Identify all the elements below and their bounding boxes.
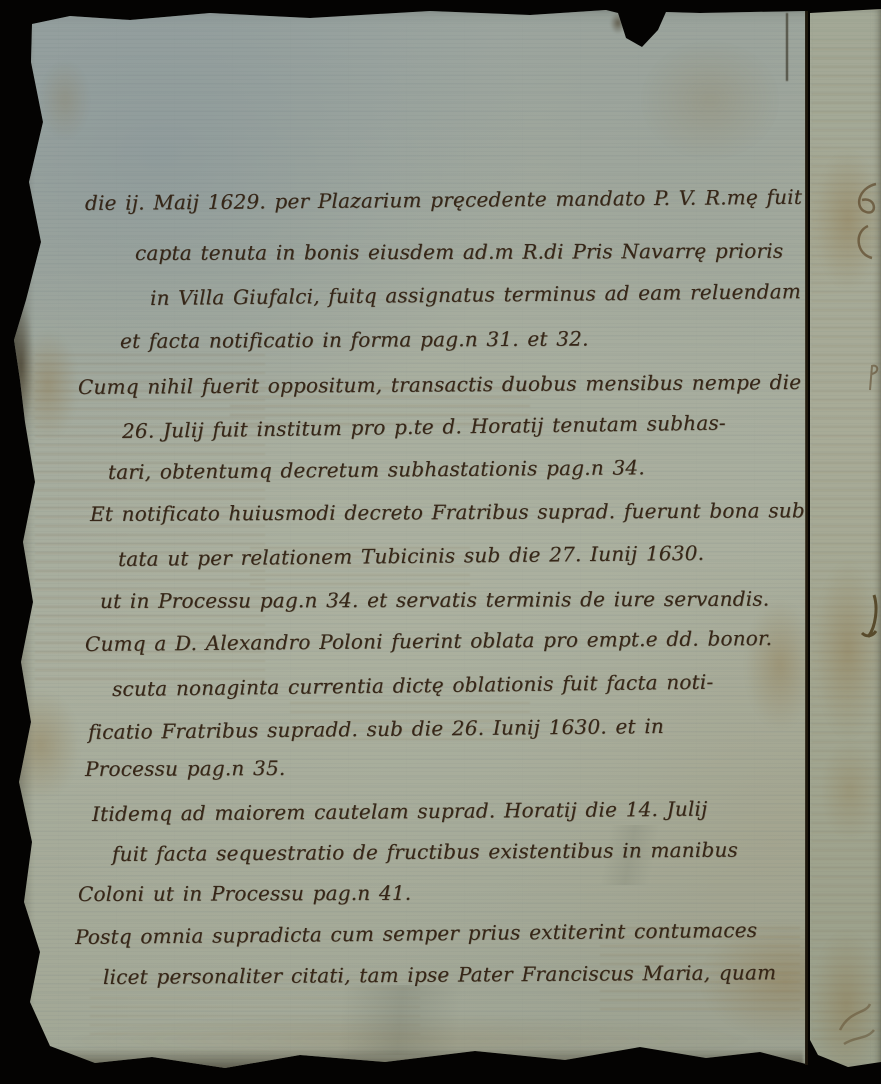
manuscript-text: die ij. Maij 1629. per Plazarium pręcede… xyxy=(0,0,881,1084)
ink-fragment-mark xyxy=(836,1000,878,1050)
text-line-4: et facta notificatio in forma pag.n 31. … xyxy=(120,326,589,354)
text-line-15: Itidemq ad maiorem cautelam suprad. Hora… xyxy=(92,796,708,827)
ink-fragment-mark xyxy=(858,593,880,639)
text-line-9: tata ut per relationem Tubicinis sub die… xyxy=(118,540,704,572)
ink-fragment-mark xyxy=(866,362,880,392)
text-line-18: Postq omnia supradicta cum semper prius … xyxy=(75,917,757,950)
ink-fragment-mark xyxy=(846,178,881,264)
text-line-5: Cumq nihil fuerit oppositum, transactis … xyxy=(78,369,801,400)
text-line-1: die ij. Maij 1629. per Plazarium pręcede… xyxy=(85,184,802,216)
text-line-16: fuit facta sequestratio de fructibus exi… xyxy=(112,837,738,867)
text-line-13: ficatio Fratribus supradd. sub die 26. I… xyxy=(88,713,664,745)
text-line-2: capta tenuta in bonis eiusdem ad.m R.di … xyxy=(135,238,783,266)
text-line-8: Et notificato huiusmodi decreto Fratribu… xyxy=(90,497,848,527)
bleed-through-patch xyxy=(812,40,881,1040)
paper-stain xyxy=(815,150,881,290)
text-line-6: 26. Julij fuit institum pro p.te d. Hora… xyxy=(122,410,726,444)
text-line-10: ut in Processu pag.n 34. et servatis ter… xyxy=(100,586,769,614)
fold-crease-line xyxy=(786,13,788,81)
paper-stain xyxy=(815,560,881,740)
text-line-7: tari, obtentumq decretum subhastationis … xyxy=(108,454,645,485)
text-line-11: Cumq a D. Alexandro Poloni fuerint oblat… xyxy=(85,625,772,657)
page-fold-line xyxy=(805,11,808,1065)
photo-backdrop: die ij. Maij 1629. per Plazarium pręcede… xyxy=(0,0,881,1084)
text-line-12: scuta nonaginta currentia dictę oblation… xyxy=(112,669,714,702)
text-line-17: Coloni ut in Processu pag.n 41. xyxy=(78,880,411,907)
text-line-19: licet personaliter citati, tam ipse Pate… xyxy=(103,959,776,990)
paper-stain xyxy=(820,740,880,840)
text-line-3: in Villa Giufalci, fuitq assignatus term… xyxy=(150,278,801,311)
paper-stain xyxy=(812,930,881,1080)
manuscript-page: die ij. Maij 1629. per Plazarium pręcede… xyxy=(0,0,881,1084)
text-line-14: Processu pag.n 35. xyxy=(85,755,286,782)
